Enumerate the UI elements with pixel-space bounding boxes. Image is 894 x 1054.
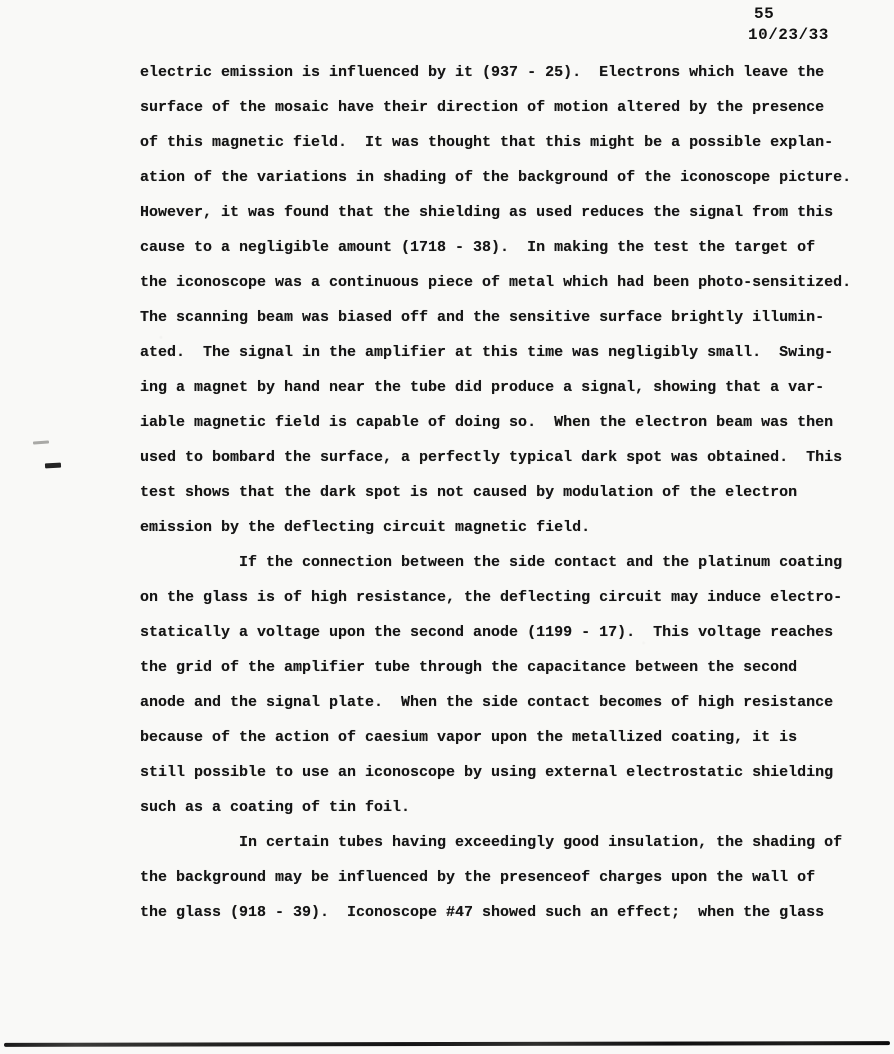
page-header: 55 10/23/33 (748, 4, 829, 46)
text-line: emission by the deflecting circuit magne… (140, 510, 880, 545)
text-line: still possible to use an iconoscope by u… (140, 755, 880, 790)
text-line: on the glass is of high resistance, the … (140, 580, 880, 615)
text-line: because of the action of caesium vapor u… (140, 720, 880, 755)
text-line: surface of the mosaic have their directi… (140, 90, 880, 125)
bottom-rule (4, 1041, 890, 1047)
text-line: ated. The signal in the amplifier at thi… (140, 335, 880, 370)
text-line: iable magnetic field is capable of doing… (140, 405, 880, 440)
margin-mark-dark (45, 463, 61, 469)
scanned-document-page: 55 10/23/33 electric emission is influen… (0, 0, 894, 1054)
page-number: 55 (748, 4, 829, 25)
text-line: test shows that the dark spot is not cau… (140, 475, 880, 510)
text-line: electric emission is influenced by it (9… (140, 55, 880, 90)
document-text: electric emission is influenced by it (9… (140, 55, 880, 930)
text-line: In certain tubes having exceedingly good… (140, 825, 880, 860)
page-date: 10/23/33 (748, 25, 829, 46)
text-line: ing a magnet by hand near the tube did p… (140, 370, 880, 405)
text-line: such as a coating of tin foil. (140, 790, 880, 825)
text-line: cause to a negligible amount (1718 - 38)… (140, 230, 880, 265)
text-line: the glass (918 - 39). Iconoscope #47 sho… (140, 895, 880, 930)
margin-mark-light (33, 440, 49, 444)
text-line: of this magnetic field. It was thought t… (140, 125, 880, 160)
text-line: ation of the variations in shading of th… (140, 160, 880, 195)
text-line: the grid of the amplifier tube through t… (140, 650, 880, 685)
text-line: anode and the signal plate. When the sid… (140, 685, 880, 720)
text-line: If the connection between the side conta… (140, 545, 880, 580)
text-line: statically a voltage upon the second ano… (140, 615, 880, 650)
text-line: However, it was found that the shielding… (140, 195, 880, 230)
text-line: The scanning beam was biased off and the… (140, 300, 880, 335)
text-line: the iconoscope was a continuous piece of… (140, 265, 880, 300)
text-line: used to bombard the surface, a perfectly… (140, 440, 880, 475)
text-line: the background may be influenced by the … (140, 860, 880, 895)
